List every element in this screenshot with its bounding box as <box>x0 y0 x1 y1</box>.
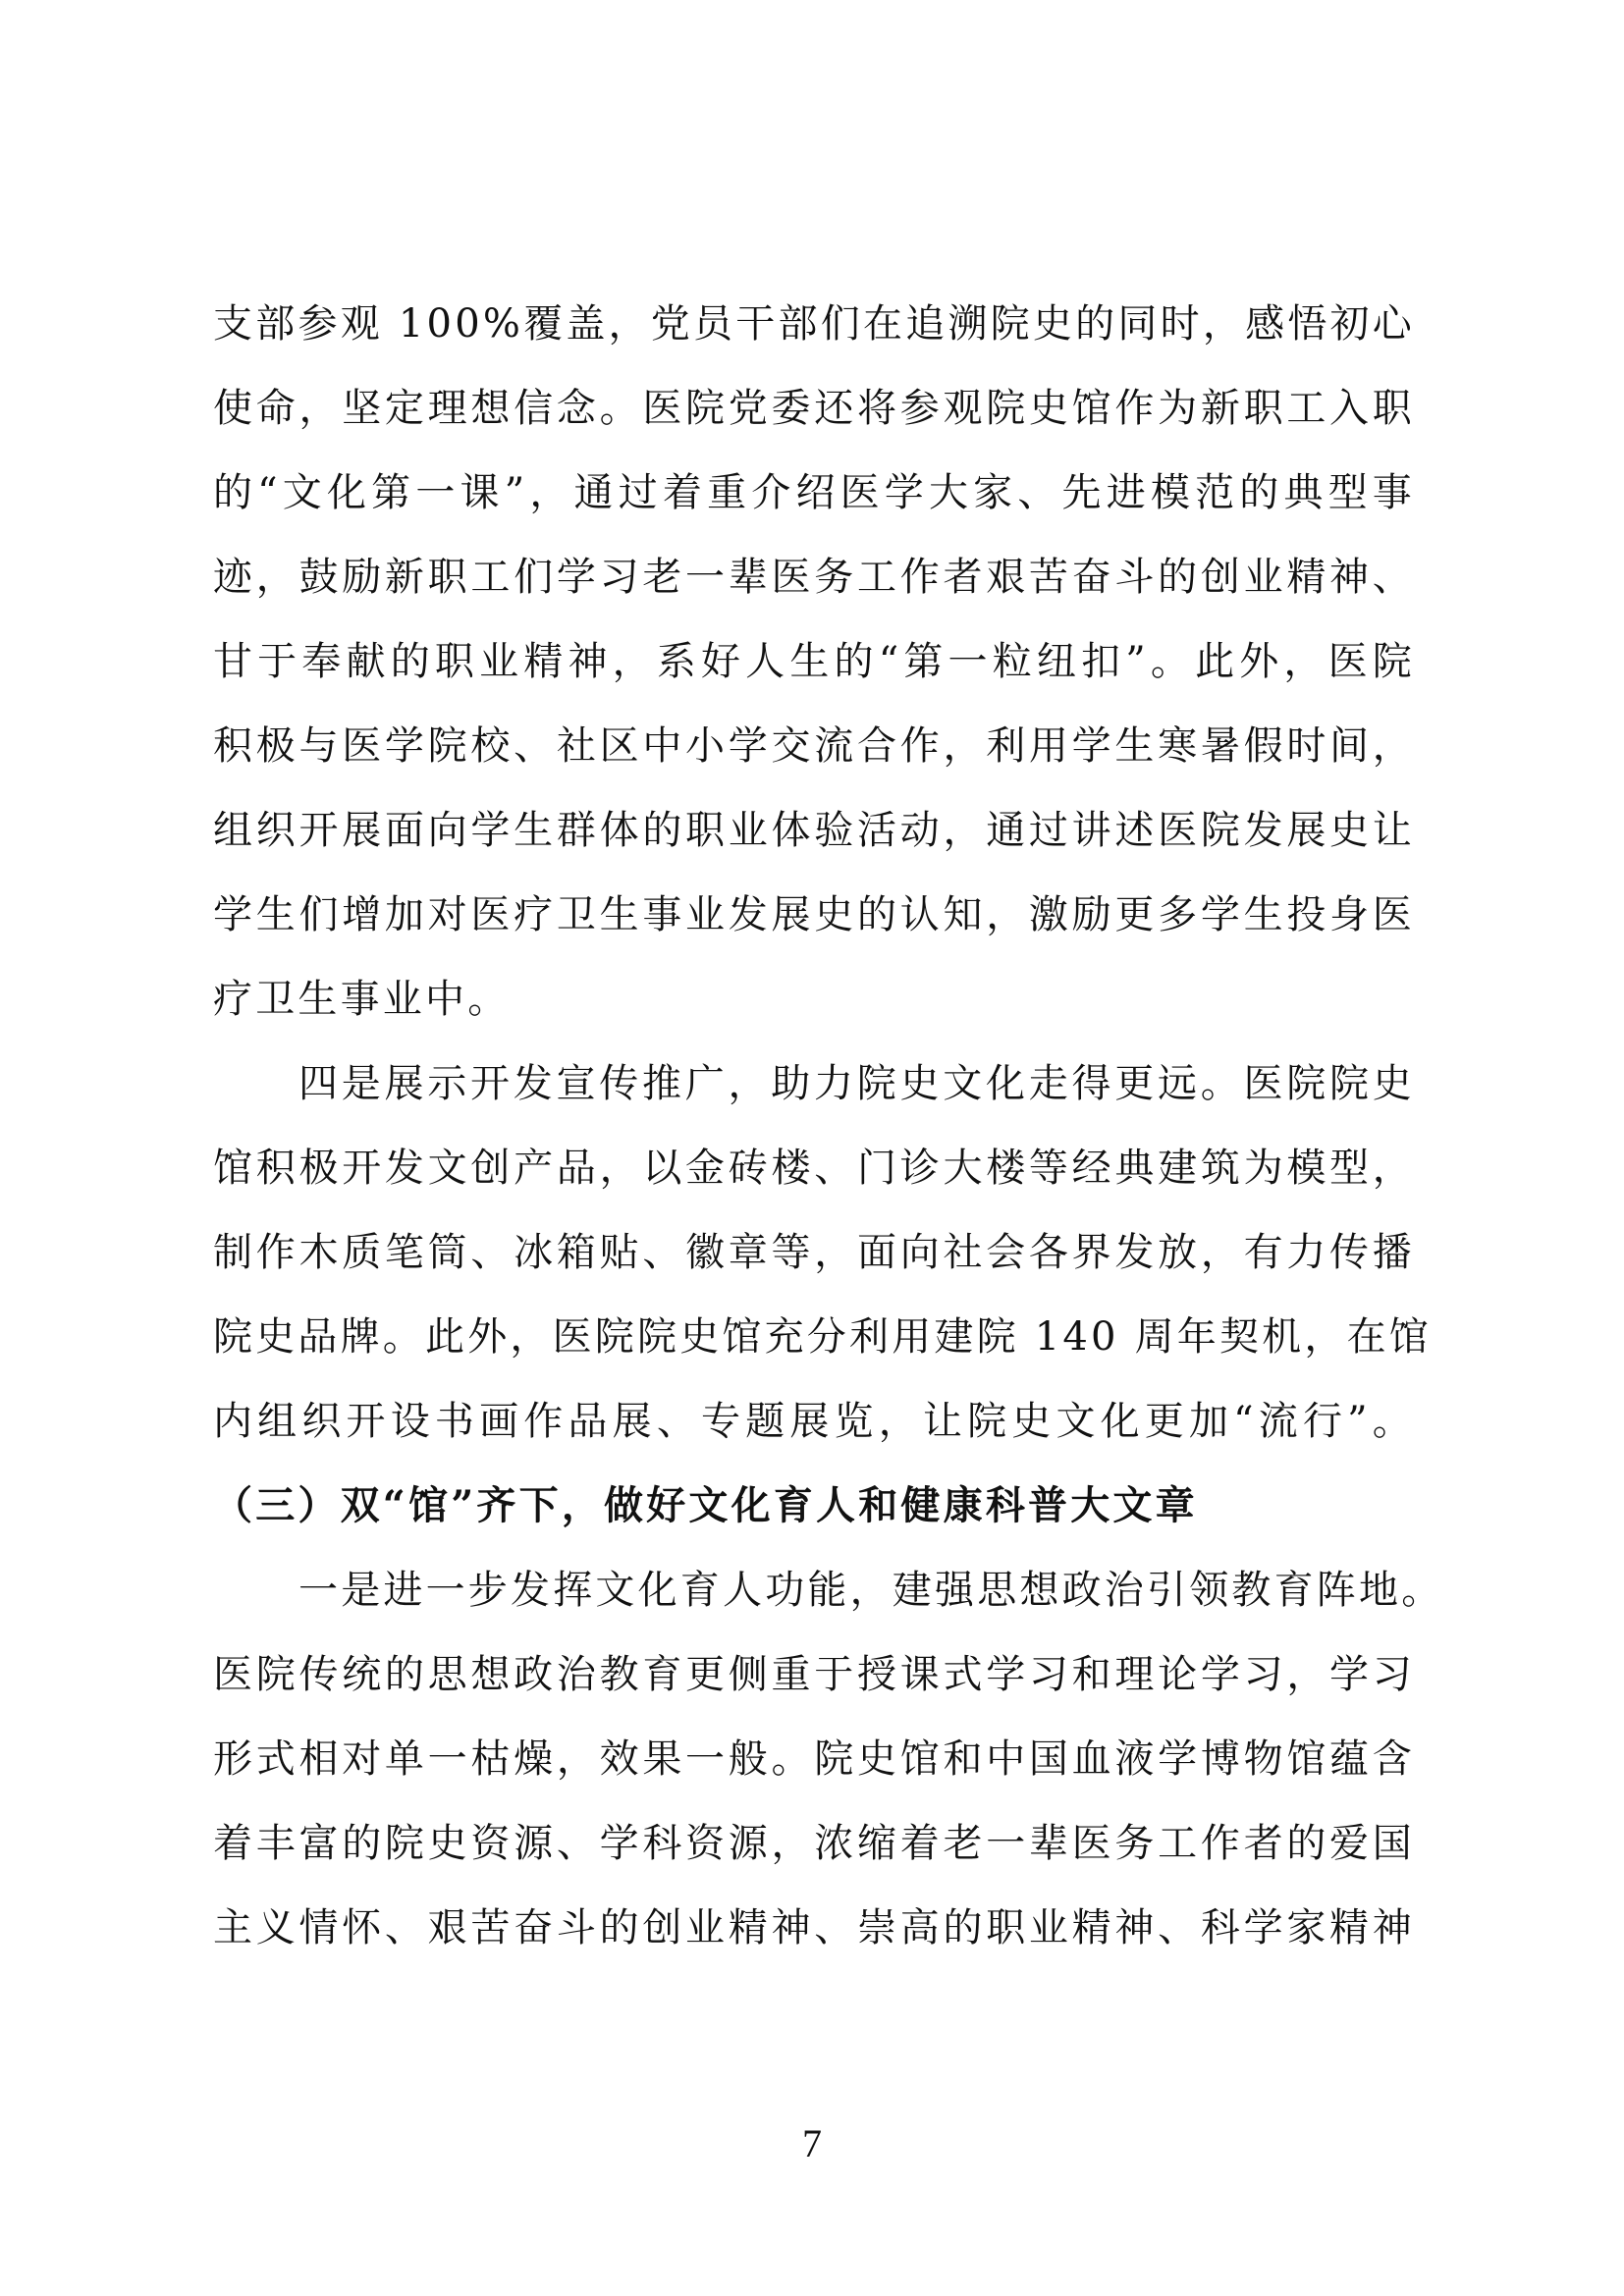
paragraph-2-line-5: 内组织开设书画作品展、专题展览，让院史文化更加“流行”。 <box>213 1379 1415 1464</box>
paragraph-1-line-4: 迹，鼓励新职工们学习老一辈医务工作者艰苦奋斗的创业精神、 <box>213 535 1415 619</box>
paragraph-3-line-3: 形式相对单一枯燥，效果一般。院史馆和中国血液学博物馆蕴含 <box>213 1717 1415 1801</box>
paragraph-1-line-7: 组织开展面向学生群体的职业体验活动，通过讲述医院发展史让 <box>213 788 1415 873</box>
paragraph-1-line-5: 甘于奉献的职业精神，系好人生的“第一粒纽扣”。此外，医院 <box>213 619 1415 704</box>
body-text: 支部参观 100%覆盖，党员干部们在追溯院史的同时，感悟初心 使命，坚定理想信念… <box>213 282 1415 1970</box>
paragraph-1-line-9: 疗卫生事业中。 <box>213 957 1415 1041</box>
paragraph-2-line-1: 四是展示开发宣传推广，助力院史文化走得更远。医院院史 <box>213 1041 1415 1126</box>
paragraph-1-line-8: 学生们增加对医疗卫生事业发展史的认知，激励更多学生投身医 <box>213 873 1415 957</box>
paragraph-1-line-3: 的“文化第一课”，通过着重介绍医学大家、先进模范的典型事 <box>213 451 1415 535</box>
paragraph-3-line-1: 一是进一步发挥文化育人功能，建强思想政治引领教育阵地。 <box>213 1548 1415 1632</box>
paragraph-2-line-4: 院史品牌。此外，医院院史馆充分利用建院 140 周年契机，在馆 <box>213 1295 1415 1379</box>
paragraph-3-line-2: 医院传统的思想政治教育更侧重于授课式学习和理论学习，学习 <box>213 1632 1415 1717</box>
page-number: 7 <box>0 2120 1624 2166</box>
paragraph-3-line-5: 主义情怀、艰苦奋斗的创业精神、崇高的职业精神、科学家精神 <box>213 1886 1415 1970</box>
paragraph-2-line-2: 馆积极开发文创产品，以金砖楼、门诊大楼等经典建筑为模型， <box>213 1126 1415 1210</box>
paragraph-1-line-2: 使命，坚定理想信念。医院党委还将参观院史馆作为新职工入职 <box>213 366 1415 451</box>
paragraph-3-line-4: 着丰富的院史资源、学科资源，浓缩着老一辈医务工作者的爱国 <box>213 1801 1415 1886</box>
document-page: 支部参观 100%覆盖，党员干部们在追溯院史的同时，感悟初心 使命，坚定理想信念… <box>0 0 1624 2296</box>
paragraph-1-line-6: 积极与医学院校、社区中小学交流合作，利用学生寒暑假时间， <box>213 704 1415 788</box>
paragraph-1-line-1: 支部参观 100%覆盖，党员干部们在追溯院史的同时，感悟初心 <box>213 282 1415 366</box>
section-heading: （三）双“馆”齐下，做好文化育人和健康科普大文章 <box>213 1464 1415 1548</box>
paragraph-2-line-3: 制作木质笔筒、冰箱贴、徽章等，面向社会各界发放，有力传播 <box>213 1210 1415 1295</box>
